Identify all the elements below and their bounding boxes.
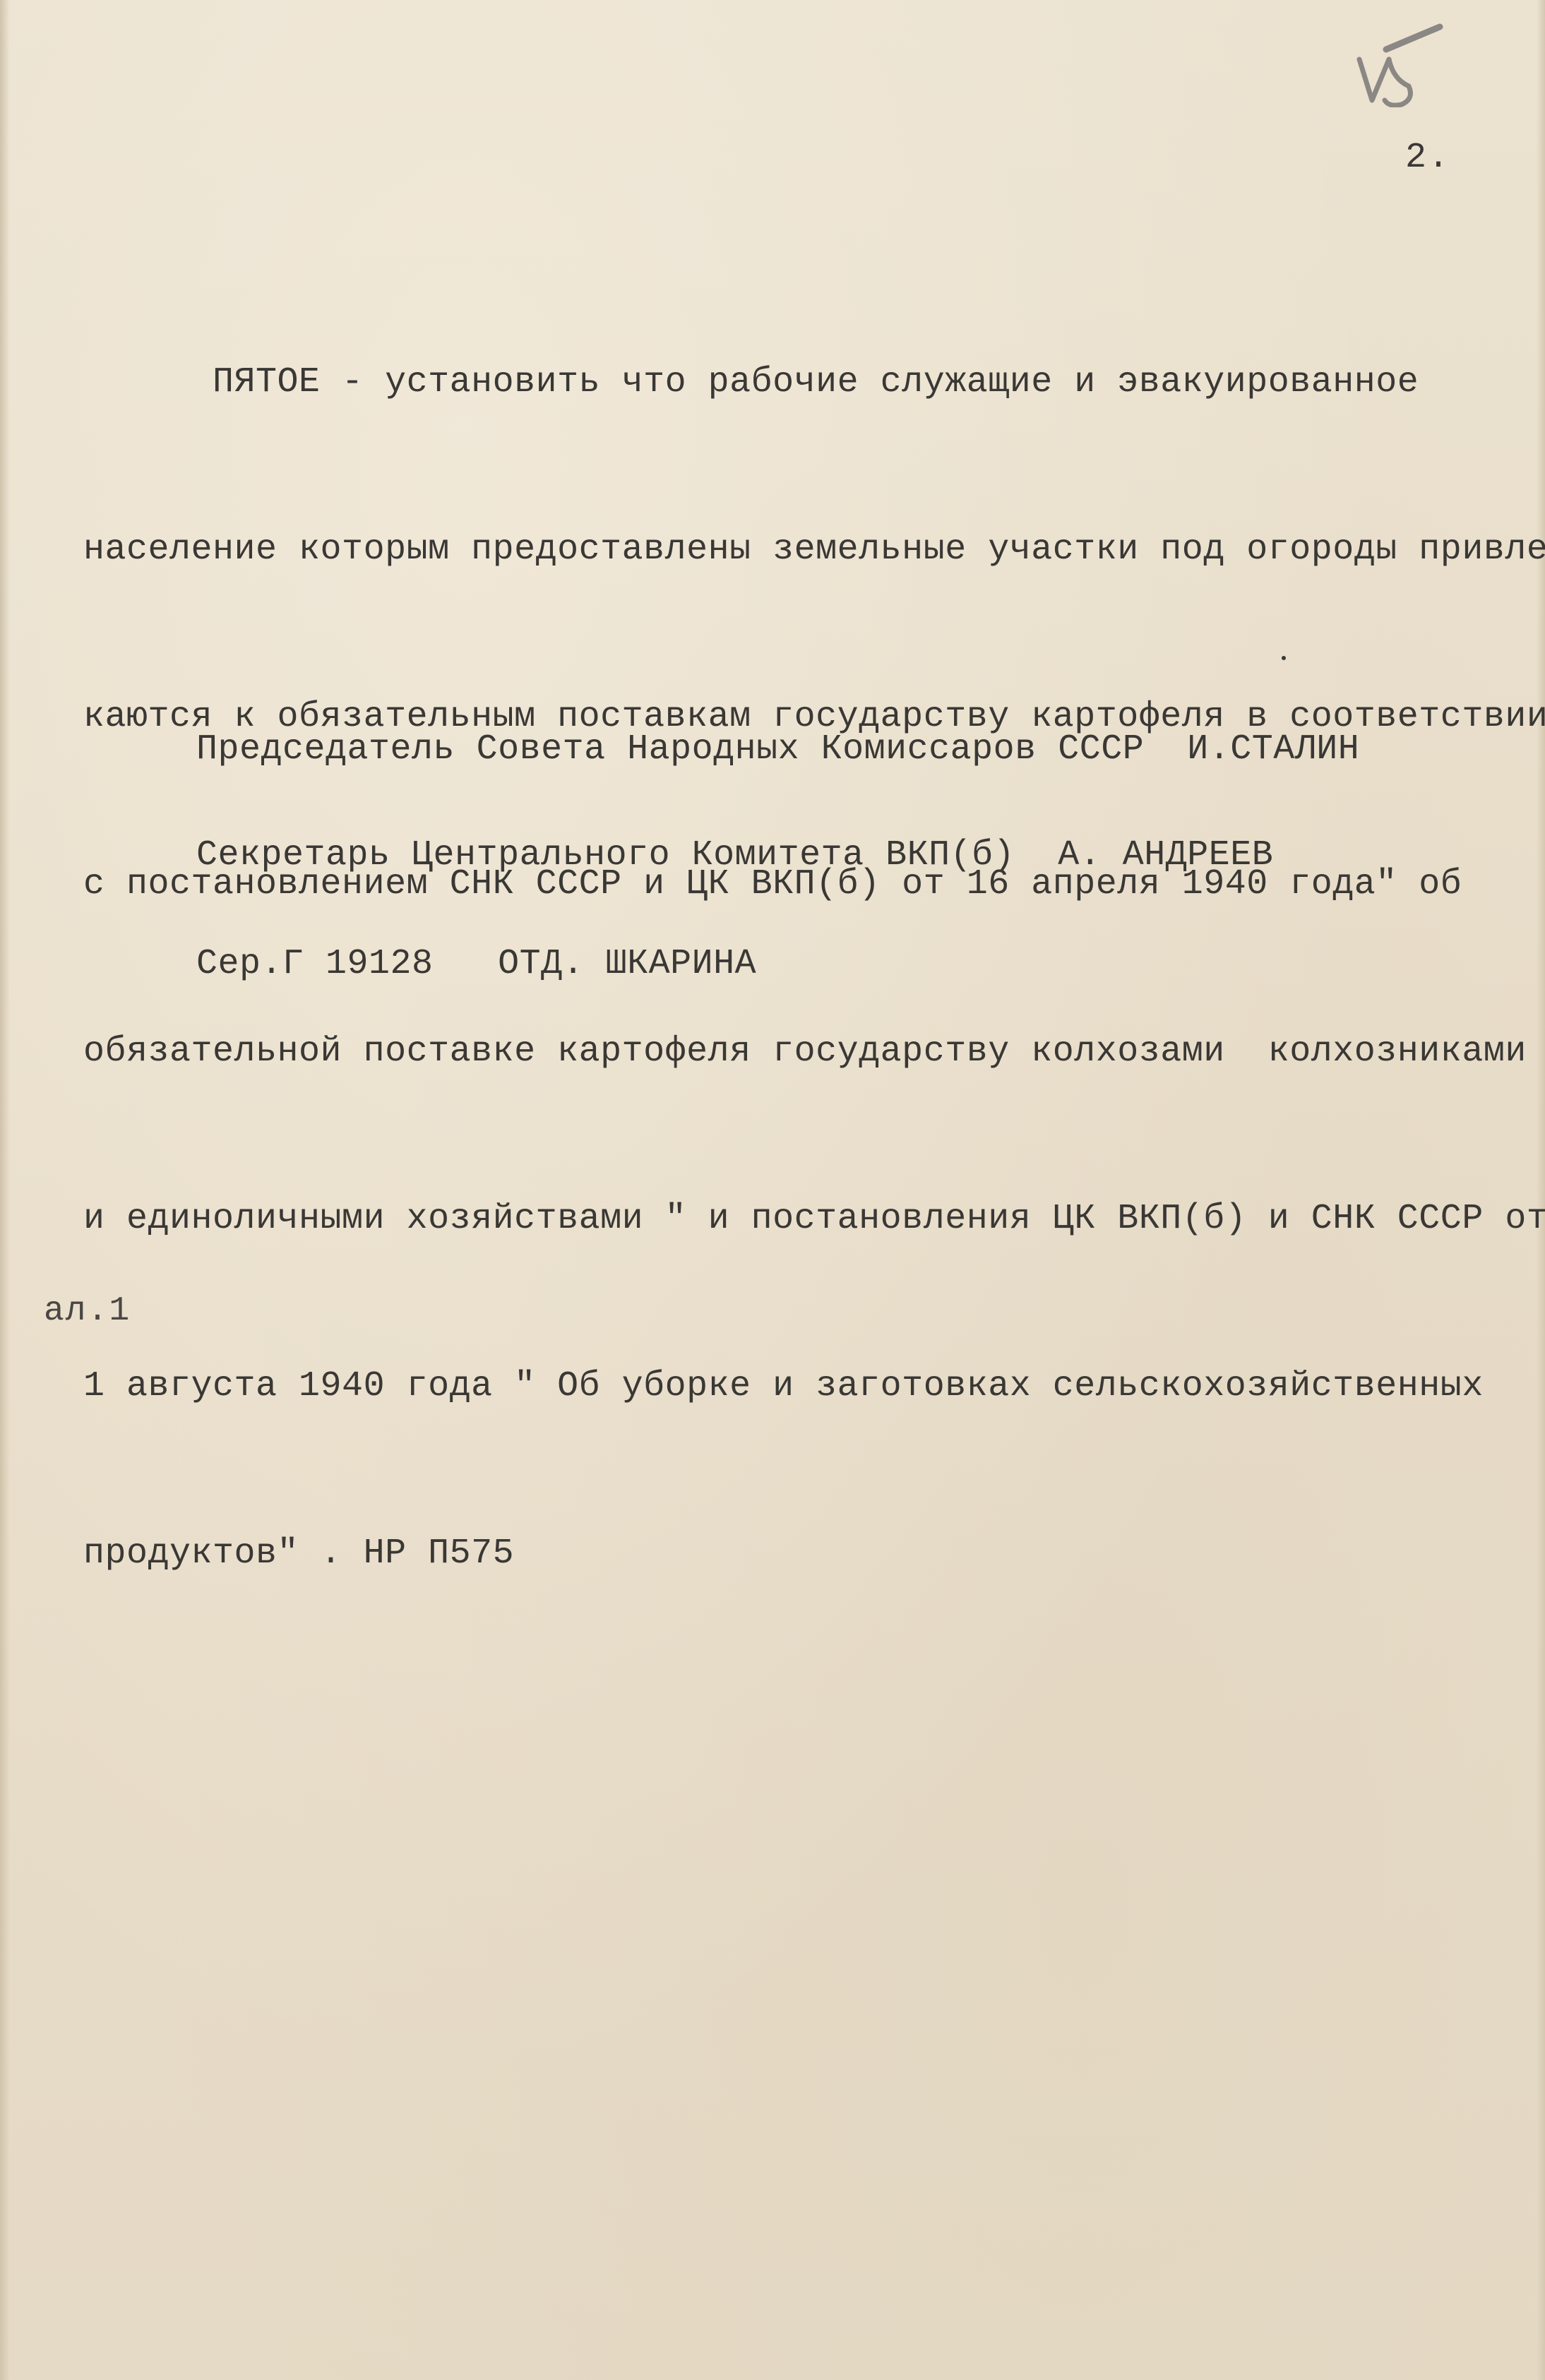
paper-edge-left xyxy=(0,0,10,2380)
body-line: продуктов" . НР П575 xyxy=(83,1526,1538,1581)
signature-secretary: Секретарь Центрального Комитета ВКП(б) А… xyxy=(196,835,1273,875)
pencil-annotation-icon: 15 xyxy=(1352,16,1451,107)
registry-note: Сер.Г 19128 ОТД. ШКАРИНА xyxy=(196,944,756,984)
page-number: 2. xyxy=(1405,138,1450,178)
body-line: и единоличными хозяйствами " и постановл… xyxy=(83,1191,1538,1247)
ink-speck xyxy=(1282,656,1286,660)
typist-mark: ал.1 xyxy=(44,1292,131,1330)
body-line: 1 августа 1940 года " Об уборке и загото… xyxy=(83,1358,1538,1414)
body-line: население которым предоставлены земельны… xyxy=(83,522,1538,578)
document-page: 15 2. ПЯТОЕ - установить что рабочие слу… xyxy=(0,0,1545,2380)
signature-chairman: Председатель Совета Народных Комиссаров … xyxy=(196,729,1359,770)
body-line: ПЯТОЕ - установить что рабочие служащие … xyxy=(83,354,1538,410)
body-line: обязательной поставке картофеля государс… xyxy=(83,1024,1538,1080)
